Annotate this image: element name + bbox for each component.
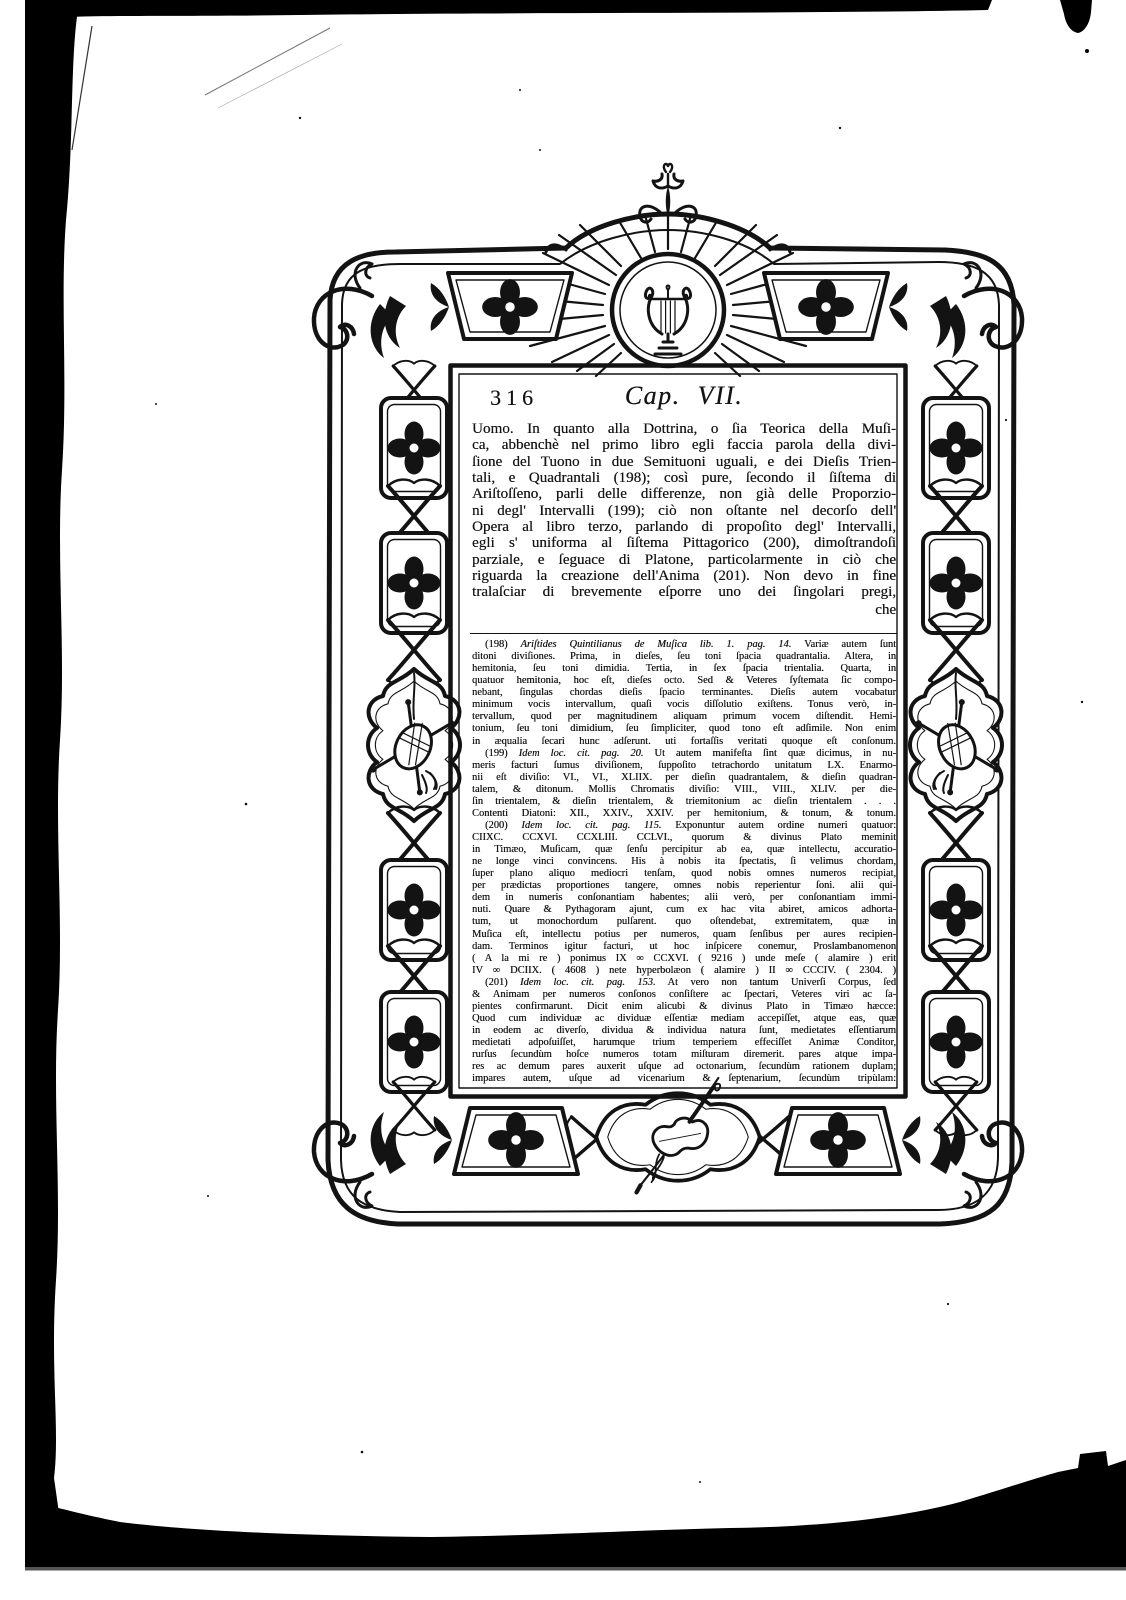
footnote-lines: ditoni diviſiones. Prima, in dieſes, ſeu… [472,651,896,748]
scan-top-band [25,0,992,28]
footnotes-block: (198) Ariſtides Quintilianus de Muſica l… [472,639,896,1085]
footnote-text: Variæ autem ſunt [804,639,896,650]
footnote-198: (198) Ariſtides Quintilianus de Muſica l… [472,639,896,748]
text-line: hemitonia, ſeu toni dimidia. Tertia, in … [472,663,896,675]
footnote-first-line: (199) Idem loc. cit. pag. 20. Ut autem m… [472,748,896,760]
text-line: pientes confirmarunt. Dicit enim alicubi… [472,1001,896,1013]
footnote-citation: Idem loc. cit. pag. 20. [519,748,644,759]
rosette-panel [923,992,989,1092]
text-line: in eodem ac diverſo, dividua & individua… [472,1025,896,1037]
footnote-lines: & Animam per numeros conſonos conſiſtere… [472,989,896,1086]
footnote-first-line: (198) Ariſtides Quintilianus de Muſica l… [472,639,896,651]
footnote-citation: Ariſtides Quintilianus de Muſica lib. 1.… [521,639,792,650]
text-line: nuti. Quare & Pythagoram ajunt, cum ex h… [472,904,896,916]
text-line: ne longe vinci convincens. His à nobis i… [472,856,896,868]
scan-bottom-gray-line [25,1567,1126,1571]
text-line: nebant, ſingulas chordas dieſis ſpacio t… [472,687,896,699]
text-line: Contenti Diatoni: XII., XXIV., XXIV. per… [472,808,896,820]
text-line: dam. Terminos igitur facturi, ut hoc inſ… [472,941,896,953]
text-line: ſin trientalem, & dieſin trientalem, & t… [472,796,896,808]
rosette-panel [381,992,447,1092]
text-line: per prædictas proportiones tangere, omne… [472,880,896,892]
text-line: CIIXC. CCXVI. CCXLIII. CCLVI., quorum & … [472,832,896,844]
text-line: quatuor hemitonia, hoc eſt, dieſes octo.… [472,675,896,687]
drum-trophy-icon-left [368,669,460,821]
text-line: ſione del Tuono in due Semituoni uguali,… [472,454,896,470]
footnote-citation: Idem loc. cit. pag. 153. [520,977,656,988]
scan-bottom-band [25,1451,1126,1567]
text-line: talem, & ditonum. Mollis Chromatis diviſ… [472,784,896,796]
footnote-ref: (200) [485,820,508,831]
text-line: IV ∞ DCIIX. ( 4608 ) nete hyperbolæon ( … [472,965,896,977]
leaf-sprig-icon [434,1116,452,1164]
text-line: ſuper plano aliquo mediocri tenſam, quod… [472,868,896,880]
text-line: tonium, ſeu toni dimidium, ſeu ſimplicit… [472,723,896,735]
text-line: ni degl' Intervalli (199); ciò non oſtan… [472,503,896,519]
text-line: Uomo. In quanto alla Dottrina, o ſia Teo… [472,421,896,437]
corner-scroll-bottom-right [930,1112,1022,1207]
footnote-199: (199) Idem loc. cit. pag. 20. Ut autem m… [472,748,896,820]
footnote-ref: (198) [485,639,508,650]
footnote-ref: (201) [485,977,508,988]
footnote-first-line: (200) Idem loc. cit. pag. 115. Exponuntu… [472,820,896,832]
footnote-201: (201) Idem loc. cit. pag. 153. At vero n… [472,977,896,1086]
text-line: tum, ut monochordum pulſarent. quo oſten… [472,916,896,928]
text-line: Quod cum individuæ ac dividuæ eſſentiæ m… [472,1013,896,1025]
chapter-heading: Cap. VII. [472,381,896,411]
leaf-sprig-icon [889,283,907,331]
text-line: medietati adpoſuiſſet, harumque trium te… [472,1037,896,1049]
scan-top-right-blob [1060,0,1092,33]
text-line: nii eſt diviſio: VI., VI., XLIIX. per di… [472,772,896,784]
page-header: 316 Cap. VII. [472,381,896,415]
footnote-rule [470,633,897,634]
text-line: parziale, e ſeguace di Platone, particol… [472,552,896,568]
footnote-first-line: (201) Idem loc. cit. pag. 153. At vero n… [472,977,896,989]
text-line: ( A la mi re ) ponimus IX ∞ CCXVI. ( 921… [472,953,896,965]
footnote-lines: CIIXC. CCXVI. CCXLIII. CCLVI., quorum & … [472,832,896,977]
footnote-text: At vero non tantum Univerſi Corpus, ſed [667,977,896,988]
text-line: dem in numeris conſonantiam habentes; al… [472,892,896,904]
scanned-book-page: 316 Cap. VII. Uomo. In quanto alla Dottr… [0,0,1126,1600]
leaf-sprig-icon [431,283,449,331]
footnote-text: Exponuntur autem ordine numeri quatuor: [675,820,896,831]
text-line: riguarda la creazione dell'Anima (201). … [472,568,896,584]
footnote-200: (200) Idem loc. cit. pag. 115. Exponuntu… [472,820,896,977]
rosette-panel-top-right [764,273,888,339]
footnote-ref: (199) [485,748,508,759]
text-line: tralaſciar di brevemente eſporre uno dei… [472,584,896,600]
text-line: tervallum, quod per magnitudinem aliquam… [472,711,896,723]
scan-left-edge-band [25,8,78,1545]
leaf-sprig-icon [902,1116,920,1164]
catchword: che [472,602,896,619]
footnote-text: Ut autem manifeſta ſint quæ dicimus, in … [654,748,896,759]
text-line: rurſus ſecundùm hoſce numeros totam miſt… [472,1049,896,1061]
text-line: minimum vocis intervallum, quaſi vocis d… [472,699,896,711]
rosette-panel-bottom-left [454,1108,578,1174]
drum-trophy-icon-right [910,669,1002,821]
text-line: & Animam per numeros conſonos conſiſtere… [472,989,896,1001]
text-line: ca, abbenchè nel primo libro egli faccia… [472,437,896,453]
text-line: tali, e Quadrantali (198); così pure, ſe… [472,470,896,486]
rosette-panel-bottom-right [776,1108,900,1174]
body-text: Uomo. In quanto alla Dottrina, o ſia Teo… [472,421,896,601]
text-line: impares autem, uſque ad vicenarium & ſep… [472,1073,896,1085]
text-line: egli s' uniforma al ſiſtema Pittagorico … [472,535,896,551]
text-line: res ac demum pares auxerit uſque ad octo… [472,1061,896,1073]
footnote-citation: Idem loc. cit. pag. 115. [521,820,661,831]
text-line: ditoni diviſiones. Prima, in dieſes, ſeu… [472,651,896,663]
text-line: Opera al libro terzo, parlando di propoſ… [472,519,896,535]
rosette-panel-top-left [448,273,572,339]
text-line: meris facturi ſumus diviſionem, ſuppoſit… [472,760,896,772]
scan-scratches [72,26,975,432]
text-line: in æqualia ſecari hunc adſerunt. uti for… [472,736,896,748]
text-line: Ariſtoſſeno, parli delle differenze, non… [472,486,896,502]
footnote-lines: meris facturi ſumus diviſionem, ſuppoſit… [472,760,896,820]
text-line: in Timæo, Muſicam, quæ ſenſu percipitur … [472,844,896,856]
text-line: Muſica eſt, intellectu potius per numero… [472,929,896,941]
